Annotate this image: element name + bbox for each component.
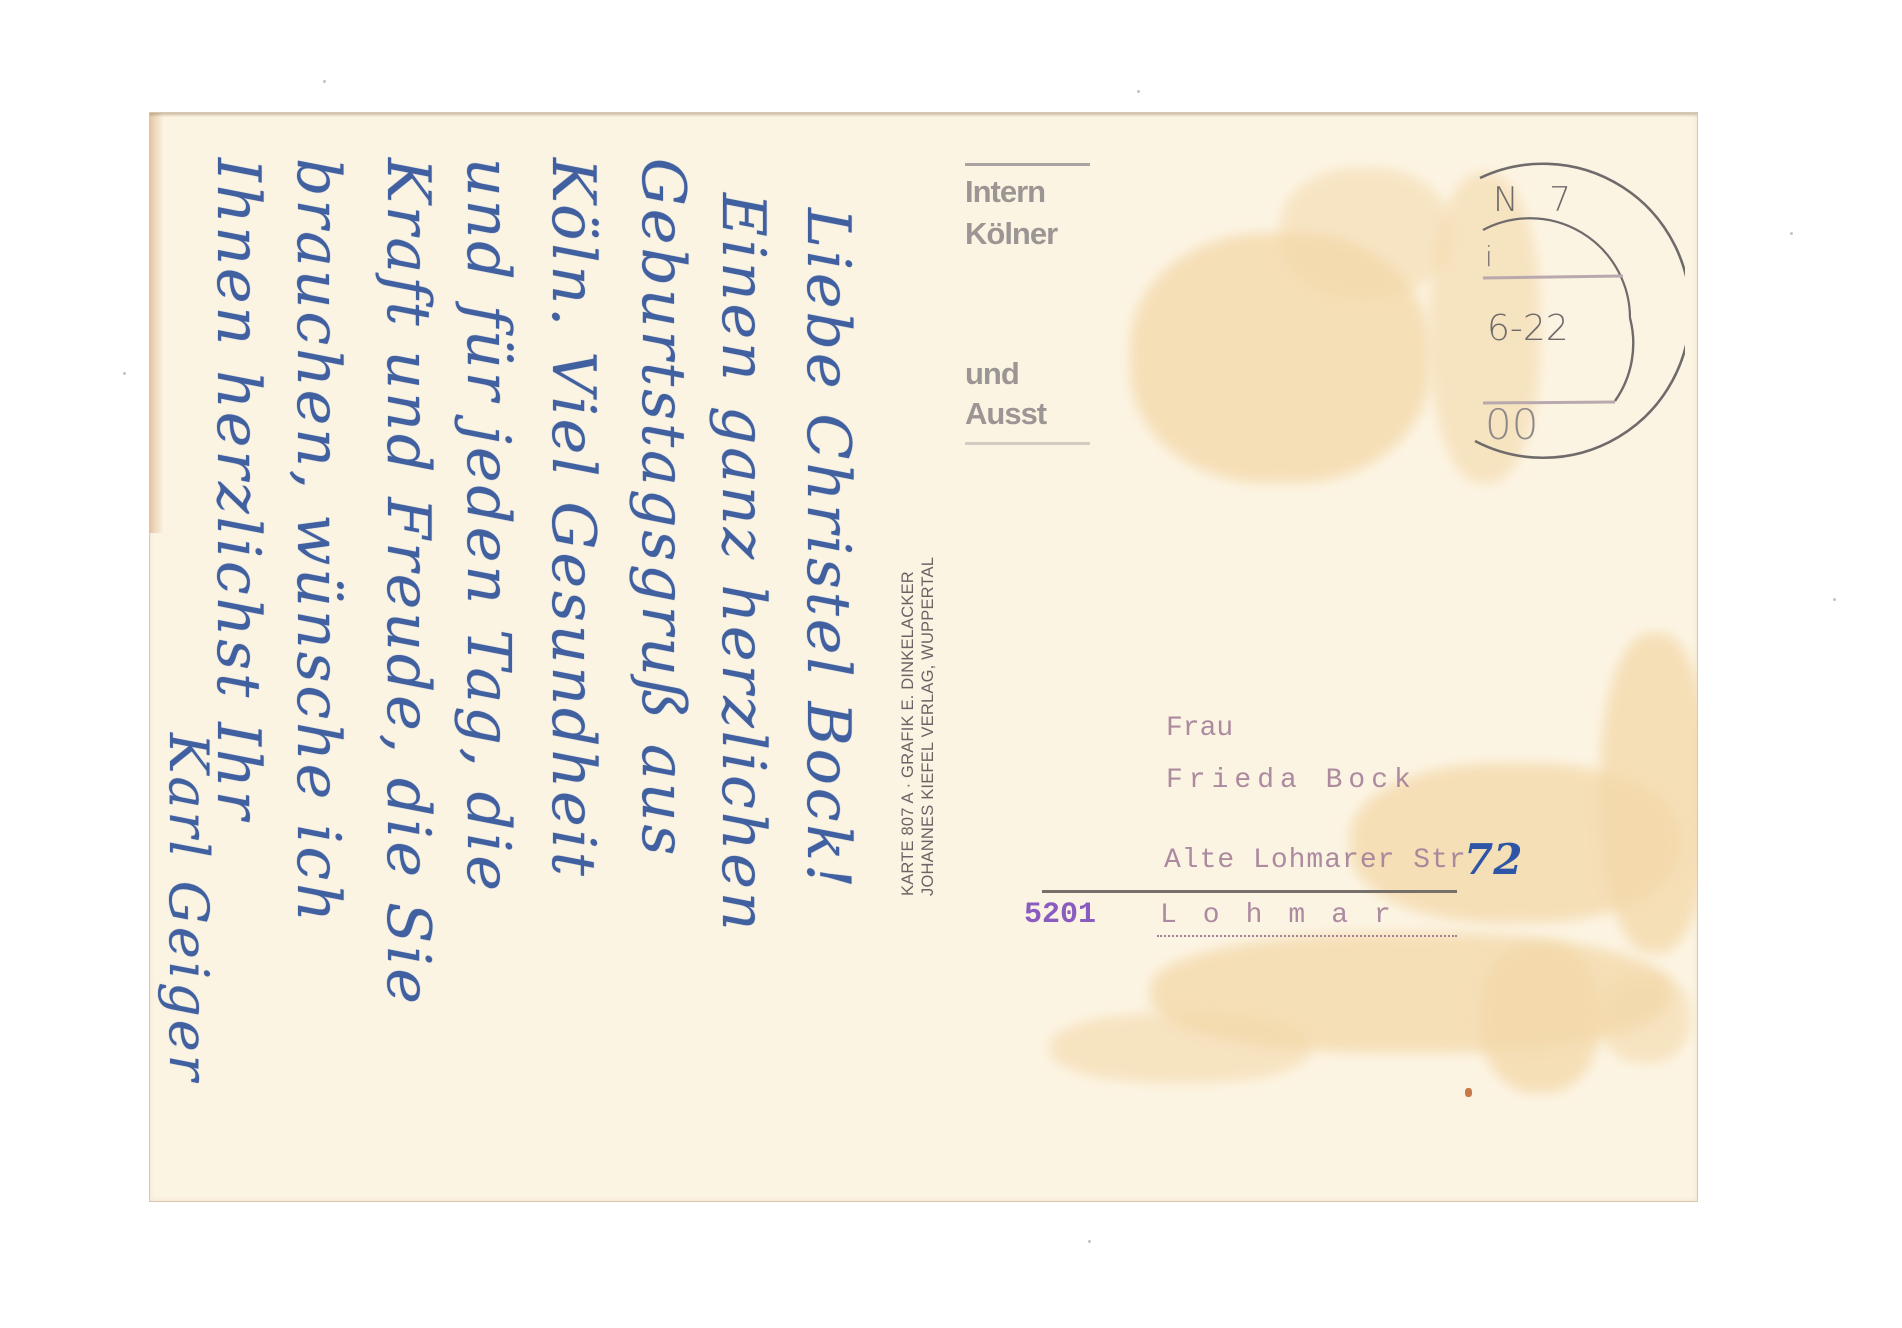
publisher-credit-line: KARTE 807 A · GRAFIK E. DINKELACKER xyxy=(898,557,918,896)
card-edge-shadow xyxy=(150,113,1697,117)
message-line: Geburtstagsgruß aus xyxy=(631,158,695,858)
water-stain xyxy=(1480,943,1600,1093)
address-postal-code: 5201 xyxy=(1024,898,1096,932)
dust-speck xyxy=(323,80,326,83)
water-stain xyxy=(1600,973,1690,1063)
dust-speck xyxy=(1137,90,1140,93)
dust-speck xyxy=(1833,598,1836,601)
postmark-bottom-text: 00 xyxy=(1485,400,1538,449)
message-line: Einen ganz herzlichen xyxy=(711,193,775,934)
message-line: Kraft und Freude, die Sie xyxy=(376,158,440,1007)
postmark-side-mark: i xyxy=(1485,240,1493,273)
slogan-top-rule xyxy=(965,163,1090,166)
address-house-number: 72 xyxy=(1464,835,1522,884)
address-name: Frieda Bock xyxy=(1166,765,1417,796)
slogan-bottom-rule xyxy=(965,442,1090,445)
dust-speck xyxy=(1088,1240,1091,1243)
message-line: brauchen, wünsche ich xyxy=(286,158,350,925)
publisher-credit-line: JOHANNES KIEFEL VERLAG, WUPPERTAL xyxy=(918,557,938,896)
address-city-dotted-underline xyxy=(1157,935,1457,939)
postcard: Intern Kölner und Ausst N 7 i 6-22 00 KA… xyxy=(150,113,1697,1201)
slogan-line: Kölner xyxy=(965,218,1088,250)
cancellation-slogan: Intern Kölner und Ausst xyxy=(965,163,1090,445)
slogan-line: Intern xyxy=(965,176,1088,208)
message-line: Köln. Viel Gesundheit xyxy=(541,158,605,879)
message-line: Liebe Christel Bock! xyxy=(796,208,860,891)
slogan-line: Ausst xyxy=(965,398,1088,430)
address-city: Lohmar xyxy=(1160,900,1417,931)
address-salutation: Frau xyxy=(1166,713,1233,744)
dust-speck xyxy=(1790,232,1793,235)
postmark-top-text: N 7 xyxy=(1493,180,1581,220)
message-signature: Karl Geiger xyxy=(156,733,220,1084)
address-underline xyxy=(1042,890,1457,893)
publisher-credit: KARTE 807 A · GRAFIK E. DINKELACKER JOHA… xyxy=(898,557,938,896)
dust-speck xyxy=(123,372,126,375)
postmark: N 7 i 6-22 00 xyxy=(1375,158,1685,468)
rust-spot xyxy=(1465,1088,1472,1097)
address-street: Alte Lohmarer Str xyxy=(1164,845,1467,876)
slogan-line: und xyxy=(965,358,1088,390)
postmark-date: 6-22 xyxy=(1487,308,1569,349)
water-stain xyxy=(1050,1013,1310,1083)
card-edge-discoloration xyxy=(150,113,164,533)
message-line: und für jeden Tag, die xyxy=(456,158,520,894)
message-line: Ihnen herzlichst Ihr xyxy=(206,158,270,822)
